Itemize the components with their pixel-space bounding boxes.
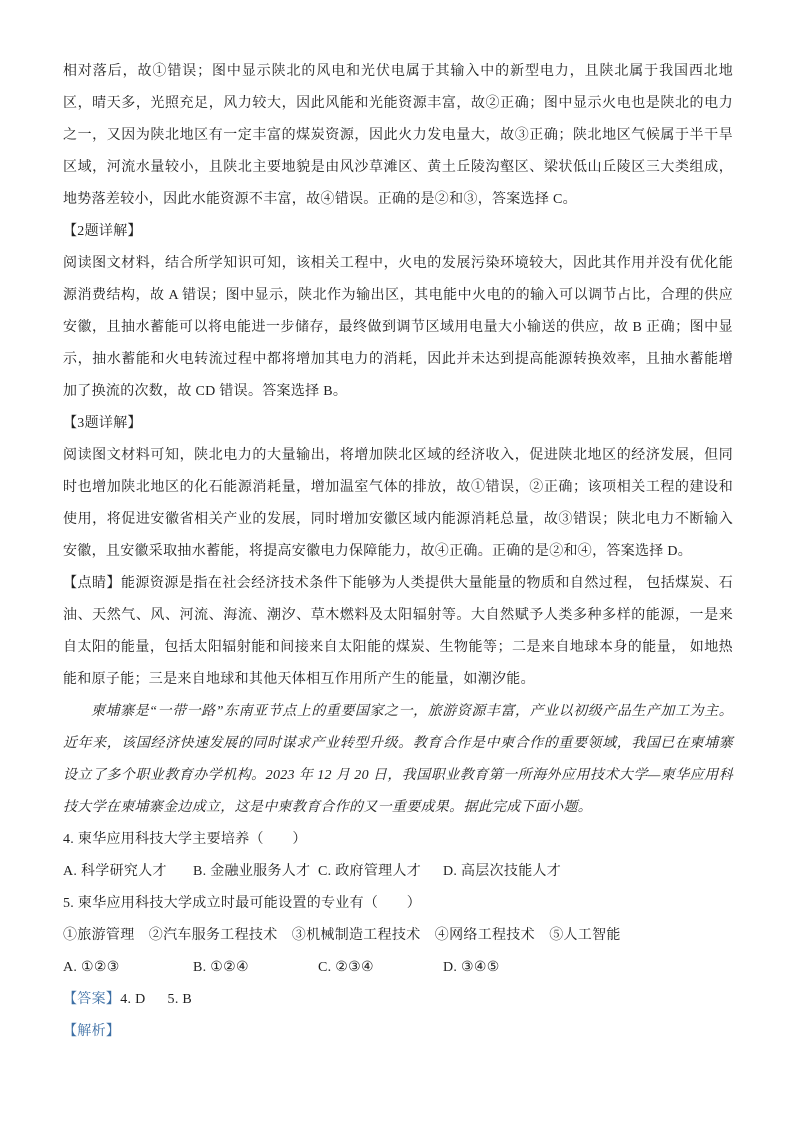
- reading-passage-paragraph: 柬埔寨是“一带一路”东南亚节点上的重要国家之一，旅游资源丰富，产业以初级产品生产…: [63, 696, 733, 824]
- key-point-paragraph: 【点睛】能源资源是指在社会经济技术条件下能够为人类提供大量能量的物质和自然过程，…: [63, 568, 733, 696]
- answer-q4-value: 4. D: [120, 992, 145, 1007]
- question-5-option-b: B. ①②④: [193, 952, 318, 984]
- key-point-text: 能源资源是指在社会经济技术条件下能够为人类提供大量能量的物质和自然过程， 包括煤…: [63, 576, 733, 687]
- question-5-option-c: C. ②③④: [318, 952, 443, 984]
- question-5-numbered-items: ①旅游管理 ②汽车服务工程技术 ③机械制造工程技术 ④网络工程技术 ⑤人工智能: [63, 920, 733, 952]
- question-5-option-d: D. ③④⑤: [443, 952, 733, 984]
- question-5-options-row: A. ①②③ B. ①②④ C. ②③④ D. ③④⑤: [63, 952, 733, 984]
- q1-explanation-tail-paragraph: 相对落后，故①错误；图中显示陕北的风电和光伏电属于其输入中的新型电力，且陕北属于…: [63, 56, 733, 216]
- q2-explanation-heading: 【2题详解】: [63, 216, 733, 248]
- question-4-stem: 4. 柬华应用科技大学主要培养（ ）: [63, 824, 733, 856]
- question-5-option-a: A. ①②③: [63, 952, 193, 984]
- answer-line: 【答案】4. D5. B: [63, 984, 733, 1016]
- q3-explanation-paragraph: 阅读图文材料可知，陕北电力的大量输出，将增加陕北区域的经济收入，促进陕北地区的经…: [63, 440, 733, 568]
- question-5-stem: 5. 柬华应用科技大学成立时最可能设置的专业有（ ）: [63, 888, 733, 920]
- document-page: 相对落后，故①错误；图中显示陕北的风电和光伏电属于其输入中的新型电力，且陕北属于…: [0, 0, 793, 1122]
- analysis-label: 【解析】: [63, 1024, 120, 1039]
- key-point-label: 【点睛】: [63, 576, 121, 591]
- question-4-option-c: C. 政府管理人才: [318, 856, 443, 888]
- analysis-line: 【解析】: [63, 1016, 733, 1048]
- question-4-option-a: A. 科学研究人才: [63, 856, 193, 888]
- question-4-options-row: A. 科学研究人才 B. 金融业服务人才 C. 政府管理人才 D. 高层次技能人…: [63, 856, 733, 888]
- question-4-option-d: D. 高层次技能人才: [443, 856, 733, 888]
- q3-explanation-heading: 【3题详解】: [63, 408, 733, 440]
- question-4-option-b: B. 金融业服务人才: [193, 856, 318, 888]
- answer-label: 【答案】: [63, 992, 120, 1007]
- q2-explanation-paragraph: 阅读图文材料，结合所学知识可知，该相关工程中，火电的发展污染环境较大，因此其作用…: [63, 248, 733, 408]
- answer-q5-value: 5. B: [168, 992, 193, 1007]
